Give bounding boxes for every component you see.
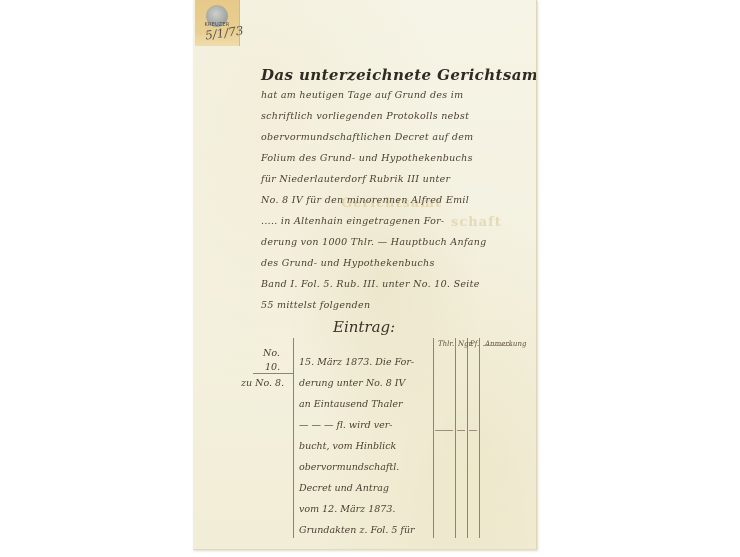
- tax-stamp: KREUZER 5/1/73: [195, 0, 240, 46]
- body-line: 55 mittelst folgenden: [261, 300, 370, 311]
- column-header-remarks: Anmerkung: [485, 340, 526, 348]
- document-title: Das unterzeichnete Gerichtsamt: [261, 66, 537, 84]
- entry-line: vom 12. März 1873.: [299, 504, 395, 515]
- bleed-through-text: schaft: [451, 215, 502, 230]
- table-rule: [467, 338, 468, 538]
- entry-line: 15. März 1873. Die For-: [299, 357, 414, 368]
- document-page: KREUZER 5/1/73 Gerichtsamt schaft Das un…: [193, 0, 537, 550]
- column-header-thaler: Thlr.: [438, 340, 454, 348]
- body-line: No. 8 IV für den minorennen Alfred Emil: [261, 195, 469, 206]
- body-line: des Grund- und Hypothekenbuchs: [261, 258, 435, 269]
- entry-line: an Eintausend Thaler: [299, 399, 403, 410]
- table-rule: [455, 338, 456, 538]
- table-rule: [433, 338, 434, 538]
- table-rule: [479, 338, 480, 538]
- entry-line: Decret und Antrag: [299, 483, 389, 494]
- remarks-dash: [483, 345, 511, 346]
- body-line: für Niederlauterdorf Rubrik III unter: [261, 174, 450, 185]
- body-line: obervormundschaftlichen Decret auf dem: [261, 132, 474, 143]
- body-line: derung von 1000 Thlr. — Hauptbuch Anfang: [261, 237, 487, 248]
- body-line: hat am heutigen Tage auf Grund des im: [261, 90, 463, 101]
- amount-dash: [435, 430, 453, 431]
- body-line: schriftlich vorliegenden Protokolls nebs…: [261, 111, 469, 122]
- entry-line: derung unter No. 8 IV: [299, 378, 405, 389]
- entry-line: Grundakten z. Fol. 5 für: [299, 525, 415, 536]
- entry-reference: zu No. 8.: [241, 378, 284, 389]
- column-header-pfennig: Pf.: [470, 340, 479, 348]
- amount-dash: [457, 430, 465, 431]
- table-rule: [293, 338, 294, 538]
- table-rule: [253, 373, 293, 374]
- amount-dash: [469, 430, 477, 431]
- entry-line: obervormundschaftl.: [299, 462, 399, 473]
- section-heading: Eintrag:: [333, 318, 395, 336]
- entry-number-label: No.: [263, 348, 280, 359]
- body-line: Band I. Fol. 5. Rub. III. unter No. 10. …: [261, 279, 480, 290]
- entry-line: — — — fl. wird ver-: [299, 420, 393, 431]
- body-line: Folium des Grund- und Hypothekenbuchs: [261, 153, 473, 164]
- entry-line: bucht, vom Hinblick: [299, 441, 396, 452]
- body-line: ..... in Altenhain eingetragenen For-: [261, 216, 444, 227]
- document-viewer: KREUZER 5/1/73 Gerichtsamt schaft Das un…: [0, 0, 740, 557]
- entry-number: 10.: [265, 362, 280, 373]
